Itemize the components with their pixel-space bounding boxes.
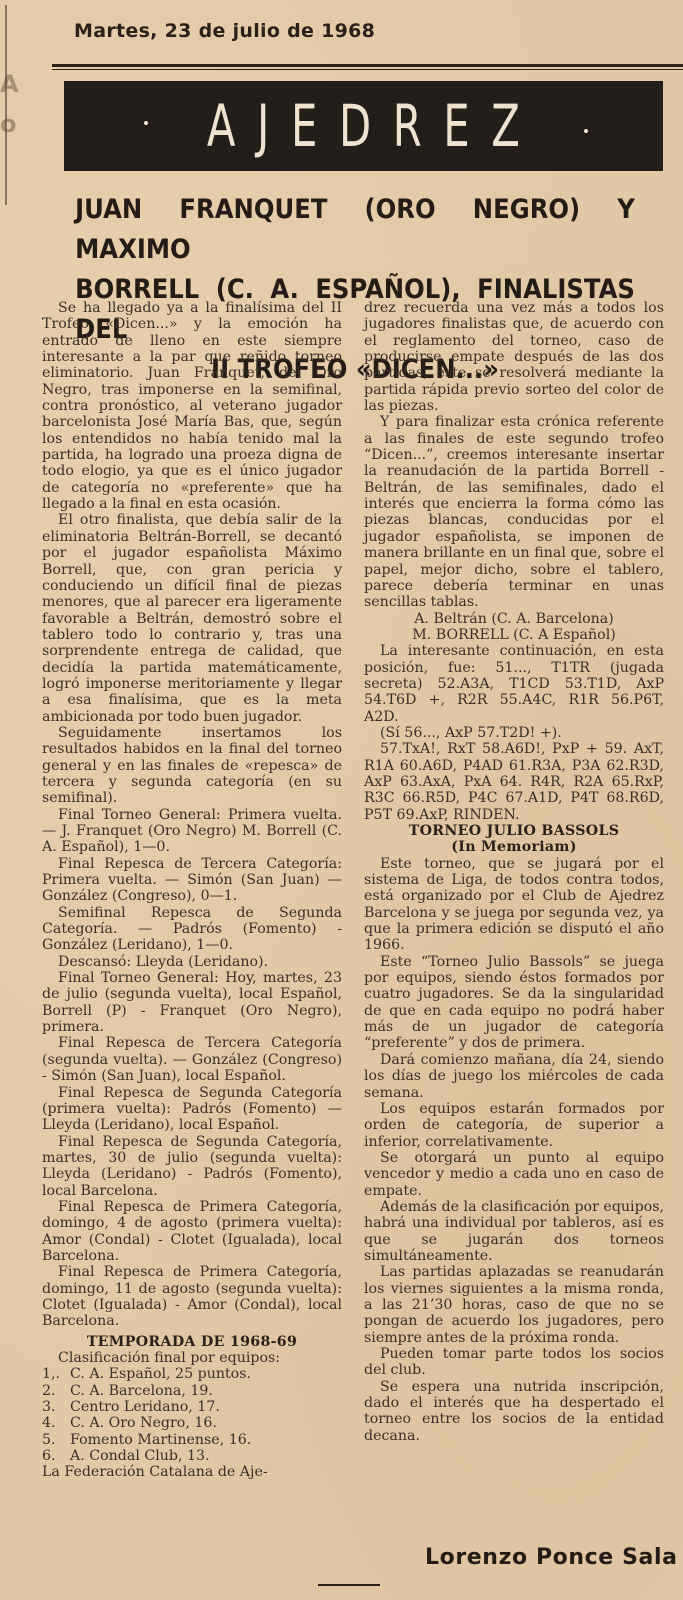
dateline: Martes, 23 de julio de 1968 xyxy=(74,20,375,42)
body-paragraph: Este “Torneo Julio Bassols” se juega por… xyxy=(364,954,664,1052)
standings-list: 1,.C. A. Español, 25 puntos. 2.C. A. Bar… xyxy=(42,1366,342,1464)
schedule-paragraph: Final Repesca de Primera Categoría, domi… xyxy=(42,1264,342,1329)
margin-rule xyxy=(5,5,7,205)
body-paragraph: El otro finalista, que debía salir de la… xyxy=(42,512,342,724)
standings-row: 3.Centro Leridano, 17. xyxy=(42,1399,342,1415)
game-notation: 57.TxA!, RxT 58.A6D!, PxP + 59. AxT, R1A… xyxy=(364,741,664,823)
margin-fragment: A xyxy=(0,70,19,98)
body-paragraph: Además de la clasificación por equipos, … xyxy=(364,1199,664,1264)
body-paragraph: Se ha llegado ya a la finalísima del II … xyxy=(42,300,342,512)
body-paragraph: Pueden tomar parte todos los socios del … xyxy=(364,1346,664,1379)
game-notation: (Sí 56..., AxP 57.T2D! +). xyxy=(364,725,664,741)
standings-rank: 5. xyxy=(42,1432,70,1448)
result-paragraph: Final Torneo General: Primera vuelta. — … xyxy=(42,807,342,856)
result-paragraph: Descansó: Lleyda (Leridano). xyxy=(42,954,342,970)
body-paragraph: Se otorgará un punto al equipo vencedor … xyxy=(364,1150,664,1199)
schedule-paragraph: Final Torneo General: Hoy, martes, 23 de… xyxy=(42,970,342,1035)
margin-fragment: o xyxy=(0,110,17,138)
banner-dot xyxy=(584,129,588,133)
standings-row: 6.A. Condal Club, 13. xyxy=(42,1448,342,1464)
result-paragraph: Final Repesca de Tercera Categoría: Prim… xyxy=(42,856,342,905)
game-notation: La interesante continuación, en esta pos… xyxy=(364,643,664,725)
body-paragraph: drez recuerda una vez más a todos los ju… xyxy=(364,300,664,414)
standings-row: 2.C. A. Barcelona, 19. xyxy=(42,1383,342,1399)
schedule-paragraph: Final Repesca de Segunda Categoría (prim… xyxy=(42,1085,342,1134)
standings-rank: 2. xyxy=(42,1383,70,1399)
standings-row: 4.C. A. Oro Negro, 16. xyxy=(42,1415,342,1431)
banner-dot xyxy=(144,121,148,125)
player-white: A. Beltrán (C. A. Barcelona) xyxy=(364,611,664,627)
standings-team: Fomento Martinense, 16. xyxy=(70,1432,342,1448)
body-paragraph: Las partidas aplazadas se reanudarán los… xyxy=(364,1264,664,1346)
body-paragraph: Los equipos estarán formados por orden d… xyxy=(364,1101,664,1150)
header-rule xyxy=(52,64,683,67)
standings-team: Centro Leridano, 17. xyxy=(70,1399,342,1415)
author-byline: Lorenzo Ponce Sala xyxy=(425,1545,678,1570)
standings-team: C. A. Barcelona, 19. xyxy=(70,1383,342,1399)
schedule-paragraph: Final Repesca de Primera Categoría, domi… xyxy=(42,1199,342,1264)
adjacent-page-edge: A o xyxy=(0,0,20,220)
tournament-subheading: (In Memoriam) xyxy=(364,839,664,855)
standings-rank: 1,. xyxy=(42,1366,70,1382)
standings-team: C. A. Español, 25 puntos. xyxy=(70,1366,342,1382)
standings-intro: Clasificación final por equipos: xyxy=(42,1350,342,1366)
standings-team: C. A. Oro Negro, 16. xyxy=(70,1415,342,1431)
headline-line: JUAN FRANQUET (ORO NEGRO) Y MAXIMO xyxy=(75,190,635,270)
body-paragraph: Dará comienzo mañana, día 24, siendo los… xyxy=(364,1052,664,1101)
footer-rule xyxy=(345,1584,380,1586)
body-paragraph: Se espera una nutrida inscripción, dado … xyxy=(364,1379,664,1444)
standings-rank: 4. xyxy=(42,1415,70,1431)
result-paragraph: Semifinal Repesca de Segunda Categoría. … xyxy=(42,905,342,954)
standings-rank: 6. xyxy=(42,1448,70,1464)
article-column-left: Se ha llegado ya a la finalísima del II … xyxy=(42,300,342,1481)
body-paragraph: Este torneo, que se jugará por el sistem… xyxy=(364,856,664,954)
standings-row: 5.Fomento Martinense, 16. xyxy=(42,1432,342,1448)
article-column-right: drez recuerda una vez más a todos los ju… xyxy=(364,300,664,1444)
section-banner: AJEDREZ xyxy=(64,81,663,171)
section-title: AJEDREZ xyxy=(185,92,541,160)
schedule-paragraph: Final Repesca de Segunda Categoría, mart… xyxy=(42,1134,342,1199)
body-paragraph: Seguidamente insertamos los resultados h… xyxy=(42,725,342,807)
tournament-heading: TORNEO JULIO BASSOLS xyxy=(364,823,664,839)
season-heading: TEMPORADA DE 1968-69 xyxy=(42,1334,342,1350)
standings-team: A. Condal Club, 13. xyxy=(70,1448,342,1464)
player-black: M. BORRELL (C. A Español) xyxy=(364,627,664,643)
standings-row: 1,.C. A. Español, 25 puntos. xyxy=(42,1366,342,1382)
schedule-paragraph: Final Repesca de Tercera Categoría (segu… xyxy=(42,1035,342,1084)
standings-rank: 3. xyxy=(42,1399,70,1415)
continued-text: La Federación Catalana de Aje- xyxy=(42,1464,342,1480)
body-paragraph: Y para finalizar esta crónica referente … xyxy=(364,414,664,610)
